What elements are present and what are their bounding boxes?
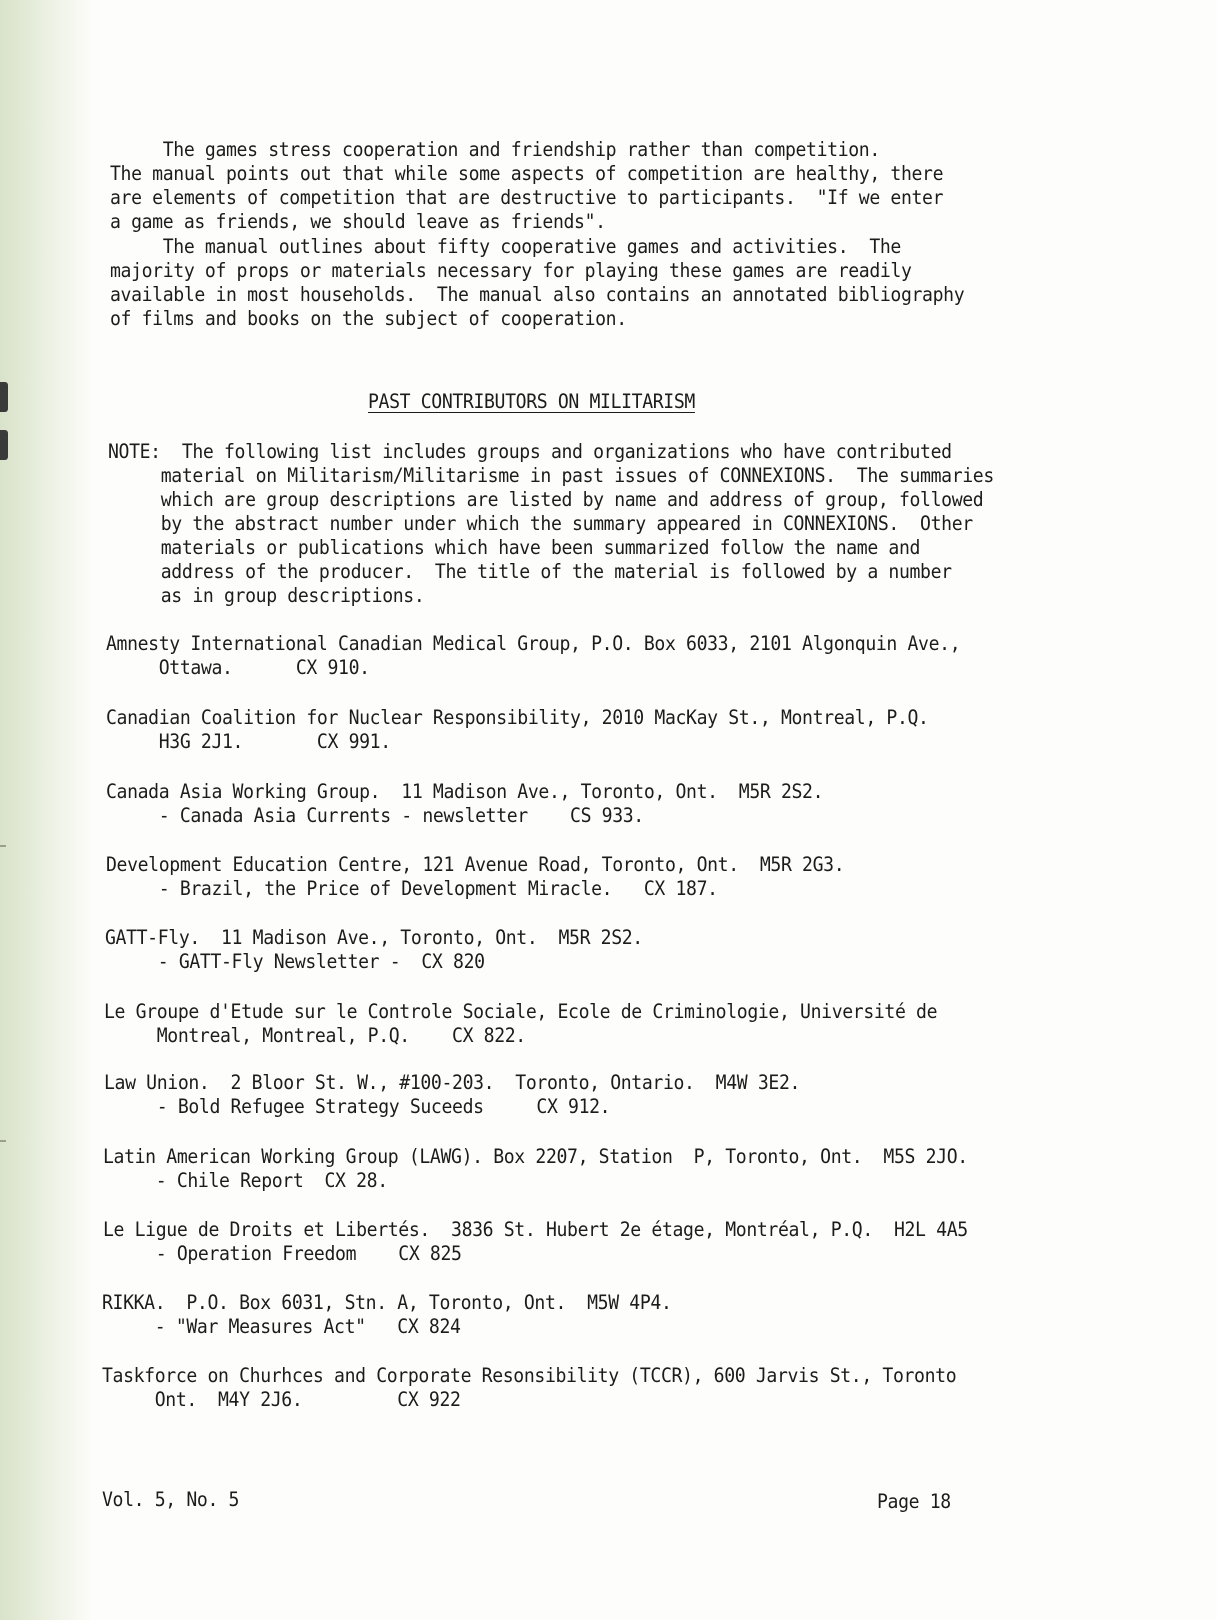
note-line: NOTE: The following list includes groups…: [108, 440, 952, 464]
contributor-address: Canada Asia Working Group. 11 Madison Av…: [106, 780, 823, 804]
intro-line: The games stress cooperation and friends…: [110, 138, 880, 162]
intro-line: The manual points out that while some as…: [110, 162, 943, 186]
volume-number: Vol. 5, No. 5: [102, 1488, 239, 1512]
contributor-reference: - Chile Report CX 28.: [103, 1169, 388, 1193]
section-heading: PAST CONTRIBUTORS ON MILITARISM: [368, 390, 695, 414]
contributor-address: Law Union. 2 Bloor St. W., #100-203. Tor…: [104, 1071, 800, 1095]
contributor-address: Development Education Centre, 121 Avenue…: [106, 853, 844, 877]
intro-line: available in most households. The manual…: [110, 283, 964, 307]
contributor-address: Latin American Working Group (LAWG). Box…: [103, 1145, 968, 1169]
contributor-reference: - GATT-Fly Newsletter - CX 820: [105, 950, 485, 974]
edge-mark: [0, 845, 6, 847]
contributor-reference: - Bold Refugee Strategy Suceeds CX 912.: [104, 1095, 610, 1119]
contributor-address: Amnesty International Canadian Medical G…: [106, 632, 960, 656]
intro-line: a game as friends, we should leave as fr…: [110, 210, 606, 234]
note-line: material on Militarism/Militarisme in pa…: [108, 464, 994, 488]
intro-line: are elements of competition that are des…: [110, 186, 943, 210]
contributor-reference: Ont. M4Y 2J6. CX 922: [102, 1388, 461, 1412]
contributor-address: Le Ligue de Droits et Libertés. 3836 St.…: [103, 1218, 968, 1242]
staple-mark: [0, 382, 8, 412]
note-line: address of the producer. The title of th…: [108, 560, 952, 584]
contributor-address: Canadian Coalition for Nuclear Responsib…: [106, 706, 929, 730]
contributor-reference: - Brazil, the Price of Development Mirac…: [106, 877, 718, 901]
page-number: Page 18: [877, 1490, 951, 1514]
contributor-reference: H3G 2J1. CX 991.: [106, 730, 391, 754]
intro-line: of films and books on the subject of coo…: [110, 307, 627, 331]
contributor-reference: - "War Measures Act" CX 824: [102, 1315, 461, 1339]
edge-mark: [0, 1140, 6, 1142]
contributor-reference: Montreal, Montreal, P.Q. CX 822.: [104, 1024, 526, 1048]
contributor-address: RIKKA. P.O. Box 6031, Stn. A, Toronto, O…: [102, 1291, 672, 1315]
contributor-reference: Ottawa. CX 910.: [106, 656, 370, 680]
note-line: which are group descriptions are listed …: [108, 488, 983, 512]
contributor-address: Le Groupe d'Etude sur le Controle Social…: [104, 1000, 937, 1024]
contributor-reference: - Canada Asia Currents - newsletter CS 9…: [106, 804, 644, 828]
contributor-reference: - Operation Freedom CX 825: [103, 1242, 462, 1266]
contributor-address: GATT-Fly. 11 Madison Ave., Toronto, Ont.…: [105, 926, 643, 950]
staple-mark: [0, 430, 8, 460]
intro-line: majority of props or materials necessary…: [110, 259, 912, 283]
note-line: as in group descriptions.: [108, 584, 424, 608]
contributor-address: Taskforce on Churhces and Corporate Reso…: [102, 1364, 956, 1388]
note-line: by the abstract number under which the s…: [108, 512, 973, 536]
note-line: materials or publications which have bee…: [108, 536, 920, 560]
page-binding-edge: [0, 0, 90, 1620]
intro-line: The manual outlines about fifty cooperat…: [110, 235, 901, 259]
